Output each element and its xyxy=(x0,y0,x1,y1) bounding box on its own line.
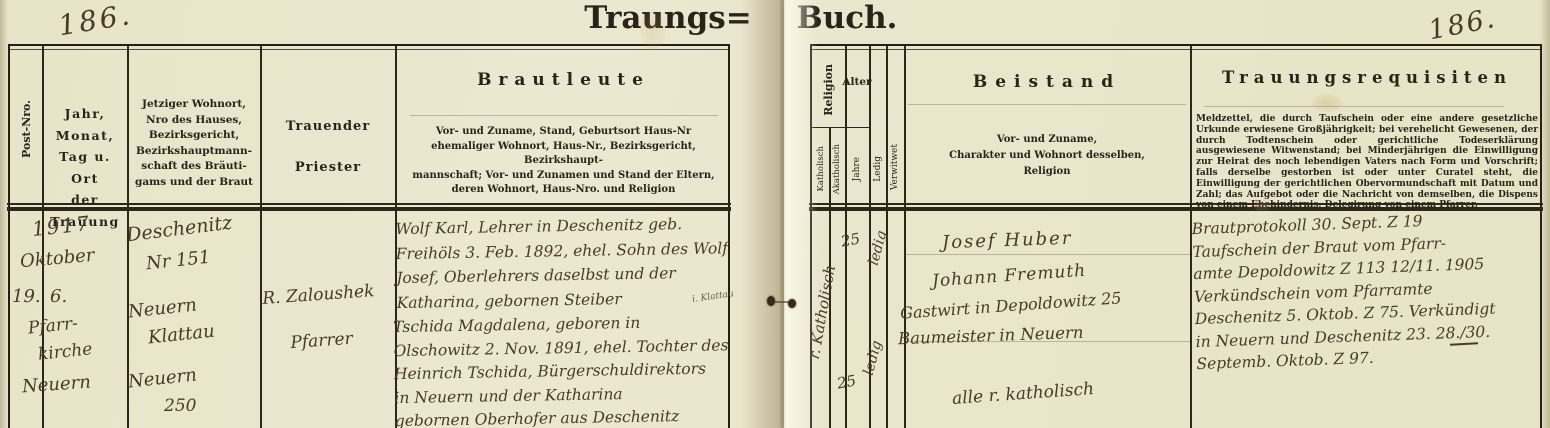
header-akatholisch-label: Akatholisch xyxy=(832,144,842,194)
entry-post-nro: 19. xyxy=(12,286,41,307)
brautleute-title-rule xyxy=(410,115,718,116)
beistand-title-rule xyxy=(908,104,1186,105)
marriage-register-scan: 186. 186. Traungs= Buch. Post-Nro. Jahr,… xyxy=(0,0,1550,428)
entry-residence-line6: 250 xyxy=(164,396,196,416)
header-priest: Trauender Priester xyxy=(261,106,395,188)
header-verwitwet: Verwitwet xyxy=(886,132,904,202)
entry-day: 6. xyxy=(50,286,67,307)
column-divider xyxy=(904,46,906,428)
header-post-nro-label: Post-Nro. xyxy=(20,100,33,158)
binding-thread xyxy=(775,301,789,303)
header-brautleute-subtitle: Vor- und Zuname, Stand, Geburtsort Haus-… xyxy=(397,125,730,198)
book-right-edge-shadow xyxy=(1540,0,1550,428)
header-religion-label: Religion xyxy=(822,64,835,116)
header-brautleute-title: Brautleute xyxy=(395,70,732,90)
header-residence: Jetziger Wohnort, Nro des Hauses, Bezirk… xyxy=(128,97,260,190)
entry-priest: R. Zaloushek Pfarrer xyxy=(247,267,393,369)
book-title-left: Traungs= xyxy=(578,0,758,36)
binding-hole xyxy=(788,299,796,308)
header-verwitwet-label: Verwitwet xyxy=(890,144,900,190)
paper-stain xyxy=(1253,200,1271,212)
page-number-right: 186. xyxy=(1426,0,1530,46)
header-post-nro: Post-Nro. xyxy=(10,61,42,196)
header-jahre-label: Jahre xyxy=(852,157,862,181)
header-beistand-title: Beistand xyxy=(904,72,1190,92)
page-fold-crease xyxy=(781,0,784,428)
page-fold-highlight xyxy=(784,0,818,428)
table-top-rule xyxy=(812,49,1540,50)
page-fold-shadow xyxy=(740,0,784,428)
header-alter: Alter xyxy=(842,76,872,88)
header-requisiten-title: Trauungsrequisiten xyxy=(1190,68,1544,87)
header-jahre: Jahre xyxy=(845,138,869,200)
header-beistand-subtitle: Vor- und Zuname, Charakter und Wohnort d… xyxy=(907,132,1187,180)
requisiten-title-rule xyxy=(1204,106,1504,107)
entry-age-groom: 25 xyxy=(840,229,862,250)
page-number-left: 186. xyxy=(56,0,155,42)
guide-line xyxy=(904,254,1190,255)
entry-age-bride: 25 xyxy=(836,371,858,392)
entry-requisiten: Brautprotokoll 30. Sept. Z 19 Taufschein… xyxy=(1191,206,1546,376)
binding-hole xyxy=(767,296,775,306)
header-ledig-label: Ledig xyxy=(873,156,883,182)
table-top-rule xyxy=(10,49,728,50)
column-divider xyxy=(260,46,262,428)
header-ledig: Ledig xyxy=(869,136,886,202)
book-left-edge-shadow xyxy=(0,0,8,428)
paper-stain xyxy=(1312,94,1342,112)
entry-bride: Tschida Magdalena, geboren in Olschowitz… xyxy=(393,310,751,428)
religion-alter-rule xyxy=(812,127,869,128)
header-akatholisch: Akatholisch xyxy=(829,134,845,204)
header-requisiten-subtitle: Meldzettel, die durch Taufschein oder ei… xyxy=(1196,114,1538,211)
paper-stain xyxy=(640,10,666,50)
